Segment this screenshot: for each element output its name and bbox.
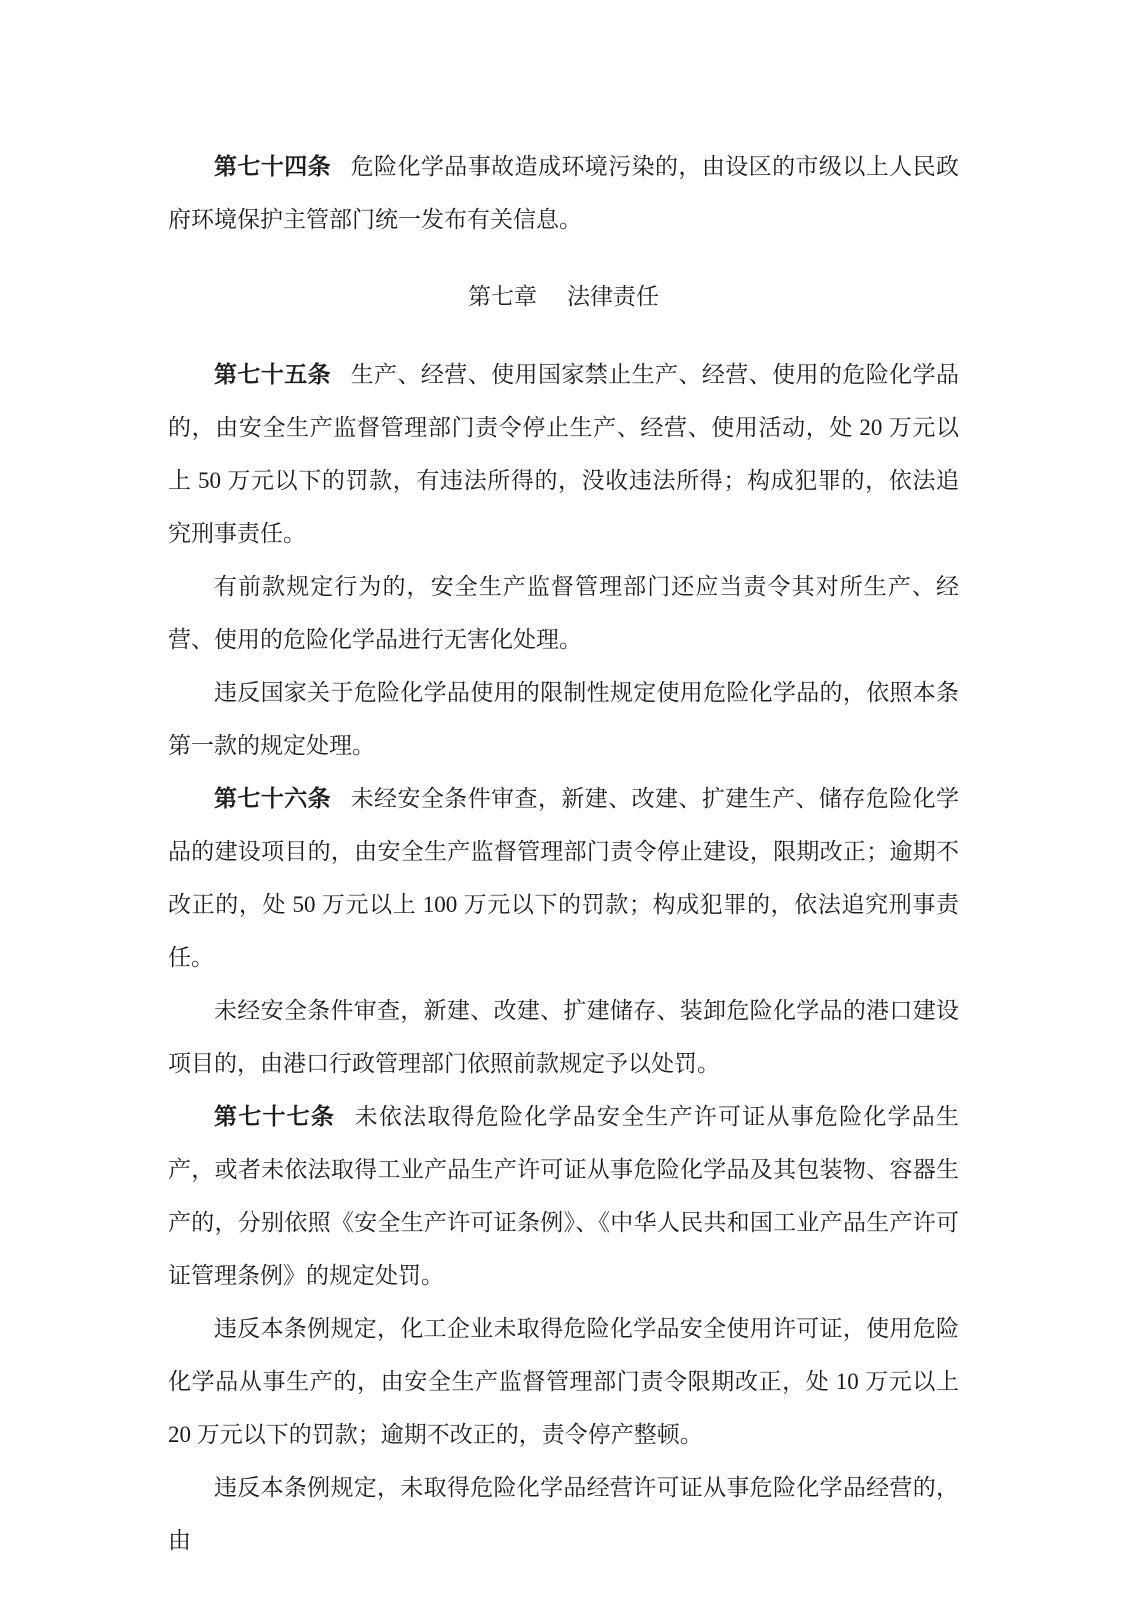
paragraph-text: 生产、经营、使用国家禁止生产、经营、使用的危险化学品的，由安全生产监督管理部门责… xyxy=(168,362,959,546)
document-body: 第七十四条危险化学品事故造成环境污染的，由设区的市级以上人民政府环境保护主管部门… xyxy=(168,140,959,1567)
paragraph-text: 违反本条例规定，化工企业未取得危险化学品安全使用许可证，使用危险化学品从事生产的… xyxy=(168,1316,959,1447)
paragraph-text: 未经安全条件审查，新建、改建、扩建生产、储存危险化学品的建设项目的，由安全生产监… xyxy=(168,786,959,970)
article-number: 第七十六条 xyxy=(214,786,331,811)
paragraph: 违反本条例规定，化工企业未取得危险化学品安全使用许可证，使用危险化学品从事生产的… xyxy=(168,1302,959,1461)
article-number: 第七十四条 xyxy=(214,154,331,179)
article-paragraph: 第七十五条生产、经营、使用国家禁止生产、经营、使用的危险化学品的，由安全生产监督… xyxy=(168,348,959,560)
paragraph: 违反本条例规定，未取得危险化学品经营许可证从事危险化学品经营的，由 xyxy=(168,1461,959,1567)
article-number: 第七十五条 xyxy=(214,362,331,387)
paragraph-text: 未经安全条件审查，新建、改建、扩建储存、装卸危险化学品的港口建设项目的，由港口行… xyxy=(168,998,959,1076)
paragraph: 违反国家关于危险化学品使用的限制性规定使用危险化学品的，依照本条第一款的规定处理… xyxy=(168,666,959,772)
chapter-title: 法律责任 xyxy=(567,284,659,309)
article-paragraph: 第七十七条未依法取得危险化学品安全生产许可证从事危险化学品生产，或者未依法取得工… xyxy=(168,1090,959,1302)
article-paragraph: 第七十六条未经安全条件审查，新建、改建、扩建生产、储存危险化学品的建设项目的，由… xyxy=(168,772,959,984)
paragraph-text: 违反本条例规定，未取得危险化学品经营许可证从事危险化学品经营的，由 xyxy=(168,1475,959,1553)
paragraph-text: 未依法取得危险化学品安全生产许可证从事危险化学品生产，或者未依法取得工业产品生产… xyxy=(168,1104,959,1288)
article-paragraph: 第七十四条危险化学品事故造成环境污染的，由设区的市级以上人民政府环境保护主管部门… xyxy=(168,140,959,246)
article-number: 第七十七条 xyxy=(214,1104,335,1129)
paragraph-text: 违反国家关于危险化学品使用的限制性规定使用危险化学品的，依照本条第一款的规定处理… xyxy=(168,680,959,758)
paragraph: 有前款规定行为的，安全生产监督管理部门还应当责令其对所生产、经营、使用的危险化学… xyxy=(168,560,959,666)
paragraph: 未经安全条件审查，新建、改建、扩建储存、装卸危险化学品的港口建设项目的，由港口行… xyxy=(168,984,959,1090)
chapter-number: 第七章 xyxy=(468,284,537,309)
paragraph-text: 有前款规定行为的，安全生产监督管理部门还应当责令其对所生产、经营、使用的危险化学… xyxy=(168,574,959,652)
document-page: 第七十四条危险化学品事故造成环境污染的，由设区的市级以上人民政府环境保护主管部门… xyxy=(0,0,1132,1600)
chapter-heading: 第七章法律责任 xyxy=(168,270,959,323)
